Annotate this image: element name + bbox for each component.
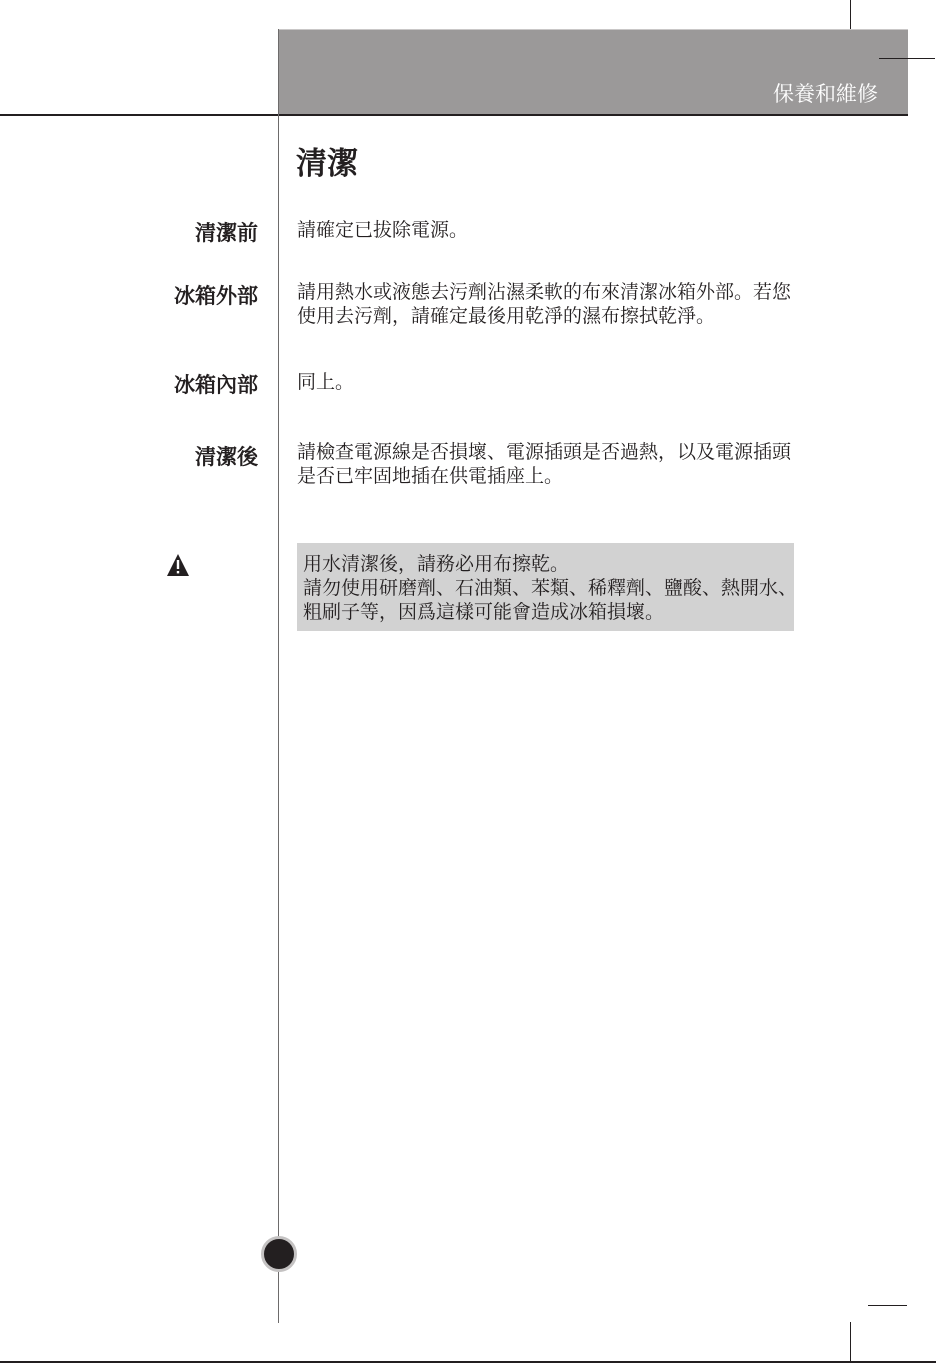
text-exterior: 請用熱水或液態去污劑沾濕柔軟的布來清潔冰箱外部。若您使用去污劑，請確定最後用乾淨… (297, 280, 802, 328)
label-before-cleaning: 清潔前 (195, 217, 258, 247)
warning-text: 用水清潔後，請務必用布擦乾。 請勿使用研磨劑、石油類、苯類、稀釋劑、鹽酸、熱開水… (303, 552, 798, 624)
header-rule (0, 114, 908, 116)
text-interior: 同上。 (297, 370, 802, 394)
warning-line: 粗刷子等，因爲這樣可能會造成冰箱損壞。 (303, 600, 798, 624)
section-title: 保養和維修 (773, 78, 878, 108)
section-header-band: 保養和維修 (279, 29, 908, 114)
crop-mark-bottom-horizontal (868, 1305, 907, 1306)
text-after-cleaning: 請檢查電源線是否損壞、電源插頭是否過熱，以及電源插頭是否已牢固地插在供電插座上。 (297, 440, 802, 488)
text-before-cleaning: 請確定已拔除電源。 (297, 218, 802, 242)
page-marker-dot (261, 1236, 297, 1272)
warning-box: 用水清潔後，請務必用布擦乾。 請勿使用研磨劑、石油類、苯類、稀釋劑、鹽酸、熱開水… (297, 543, 794, 631)
warning-line: 用水清潔後，請務必用布擦乾。 (303, 552, 798, 576)
warning-line: 請勿使用研磨劑、石油類、苯類、稀釋劑、鹽酸、熱開水、 (303, 576, 798, 600)
crop-mark-top-vertical (850, 0, 851, 29)
crop-mark-top-horizontal (879, 58, 935, 59)
warning-triangle-icon (166, 553, 190, 577)
label-interior: 冰箱內部 (174, 369, 258, 399)
label-after-cleaning: 清潔後 (195, 441, 258, 471)
page-title: 清潔 (296, 138, 358, 183)
label-exterior: 冰箱外部 (174, 280, 258, 310)
column-divider (278, 29, 279, 1323)
crop-mark-bottom-vertical (850, 1322, 851, 1362)
